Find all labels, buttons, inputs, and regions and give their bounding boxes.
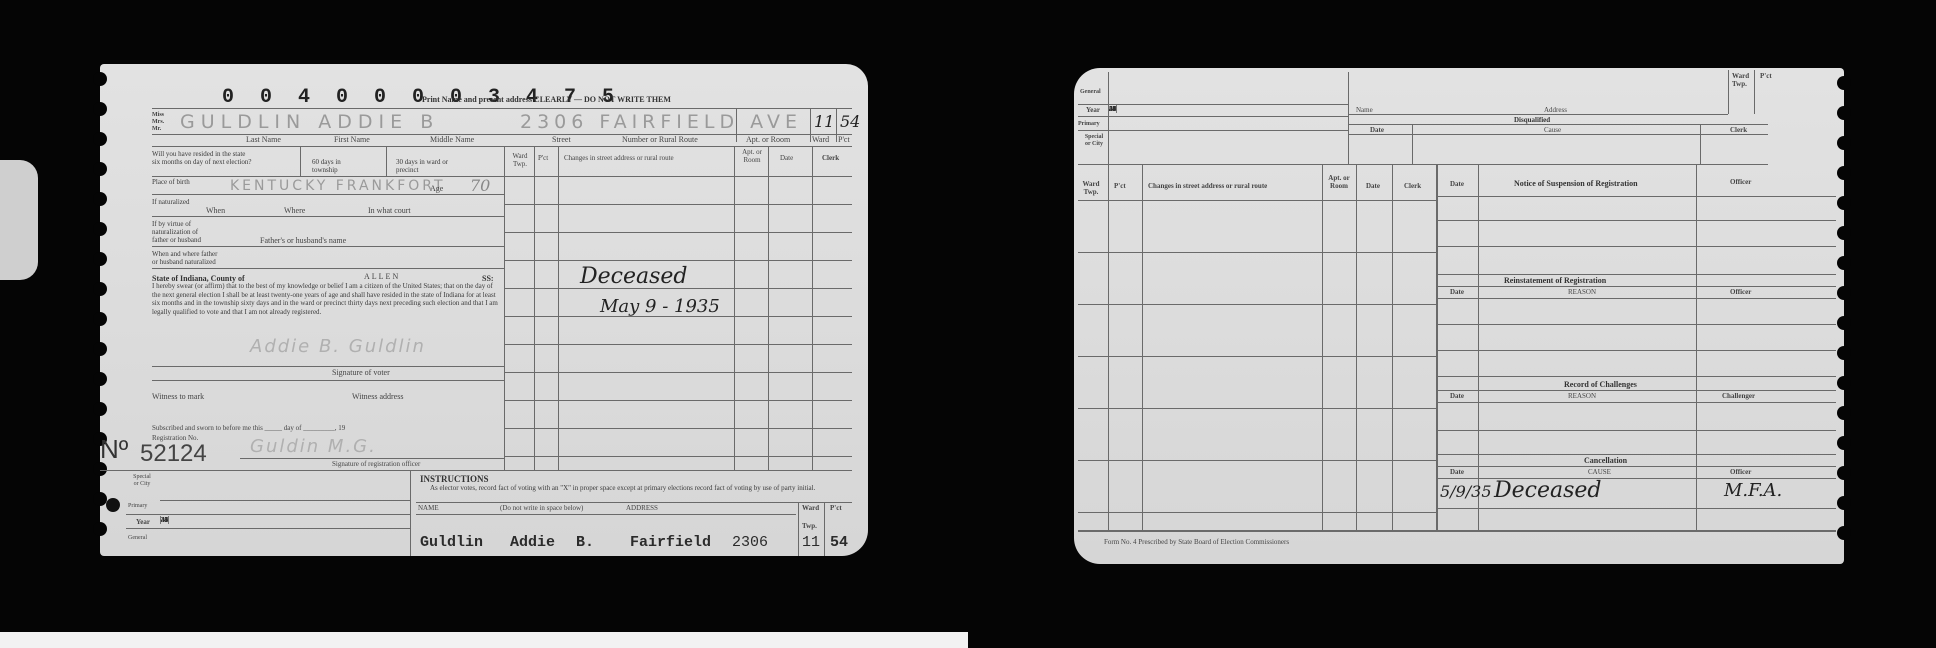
voter-signature: Addie B. Guldlin bbox=[250, 336, 426, 357]
header-instruction: Print Name and present address CLEARLY —… bbox=[422, 95, 671, 104]
reinstatement-date: Date bbox=[1450, 288, 1464, 297]
label-signature-officer: Signature of registration officer bbox=[332, 460, 420, 469]
r-label-ward-twp: Ward Twp. bbox=[1732, 72, 1754, 88]
typed-middle-initial: B. bbox=[576, 534, 594, 551]
left-col-pct: P'ct bbox=[538, 154, 548, 163]
label-when-where-father: When and where father or husband natural… bbox=[152, 250, 222, 266]
grid-label-year: Year bbox=[136, 518, 150, 527]
oath-text: I hereby swear (or affirm) that to the b… bbox=[152, 282, 500, 316]
r-col-ward-twp: Ward Twp. bbox=[1076, 180, 1106, 196]
reinstatement-officer: Officer bbox=[1730, 288, 1751, 297]
cancellation-cause-label: CAUSE bbox=[1588, 468, 1611, 477]
grid-label-special: Special or City bbox=[130, 474, 154, 488]
birth-place-value: KENTUCKY FRANKFORT bbox=[230, 178, 446, 194]
label-street: Street bbox=[552, 135, 571, 144]
form-footer: Form No. 4 Prescribed by State Board of … bbox=[1104, 538, 1289, 547]
label-witness-address: Witness address bbox=[352, 392, 403, 401]
label-twp-bottom: Twp. bbox=[802, 522, 817, 531]
number-mark: Nº bbox=[100, 434, 128, 465]
r-col-clerk: Clerk bbox=[1404, 182, 1421, 191]
label-last-name: Last Name bbox=[246, 135, 281, 144]
r-col-date: Date bbox=[1366, 182, 1380, 191]
label-first-name: First Name bbox=[334, 135, 370, 144]
film-edge-strip bbox=[0, 632, 968, 648]
cancellation-officer-value: M.F.A. bbox=[1724, 480, 1782, 501]
left-col-clerk: Clerk bbox=[822, 154, 839, 163]
right-year-row: 47 48 49 50 51 52 53 54 55 56 57 58 59 bbox=[1108, 105, 1348, 116]
typed-street: Fairfield bbox=[630, 534, 711, 551]
challenges-reason: REASON bbox=[1568, 392, 1596, 401]
cancellation-date-value: 5/9/35 bbox=[1440, 482, 1492, 501]
challenges-title: Record of Challenges bbox=[1564, 380, 1637, 389]
label-by-virtue: If by virtue of naturalization of father… bbox=[152, 220, 212, 244]
r-label-disqualified: Disqualified bbox=[1514, 116, 1550, 124]
r-col-apt: Apt. or Room bbox=[1324, 174, 1354, 190]
challenges-challenger: Challenger bbox=[1722, 392, 1755, 401]
label-ward-bottom: Ward bbox=[802, 504, 819, 513]
reinstatement-title: Reinstatement of Registration bbox=[1504, 276, 1606, 285]
grid-label-general: General bbox=[128, 534, 147, 543]
cancellation-date-label: Date bbox=[1450, 468, 1464, 477]
question-state-residence: Will you have resided in the state six m… bbox=[152, 150, 252, 166]
label-witness-mark: Witness to mark bbox=[152, 392, 204, 401]
label-pct: P'ct bbox=[838, 135, 850, 144]
label-naturalized: If naturalized bbox=[152, 198, 212, 206]
instructions-title: INSTRUCTIONS bbox=[420, 474, 489, 484]
label-do-not-write: (Do not write in space below) bbox=[500, 504, 583, 513]
left-year-row: 34 35 36 37 38 39 40 41 42 43 44 45 46 bbox=[160, 516, 410, 528]
cancellation-title: Cancellation bbox=[1584, 456, 1627, 465]
label-court: In what court bbox=[368, 206, 411, 215]
label-age: Age bbox=[430, 184, 443, 193]
punch-hole bbox=[106, 498, 120, 512]
typed-last-name: Guldlin bbox=[420, 534, 483, 551]
handwritten-name: GULDLIN ADDIE B bbox=[180, 111, 439, 133]
label-name: NAME bbox=[418, 504, 439, 513]
label-ward: Ward bbox=[812, 135, 829, 144]
deceased-date-note: May 9 - 1935 bbox=[600, 296, 720, 317]
suspension-date: Date bbox=[1450, 180, 1464, 189]
r-grid-special: Special or City bbox=[1082, 134, 1106, 148]
label-apt: Apt. or Room bbox=[746, 135, 790, 144]
label-pct-bottom: P'ct bbox=[830, 504, 842, 513]
reinstatement-reason: REASON bbox=[1568, 288, 1596, 297]
title-prefixes: Miss Mrs. Mr. bbox=[152, 112, 164, 133]
age-value: 70 bbox=[470, 176, 490, 195]
cancellation-officer-label: Officer bbox=[1730, 468, 1751, 477]
r-grid-general: General bbox=[1080, 88, 1101, 97]
film-edge-fragment bbox=[0, 160, 38, 280]
typed-number: 2306 bbox=[732, 534, 768, 551]
suspension-officer: Officer bbox=[1730, 178, 1751, 187]
r-grid-year: Year bbox=[1086, 106, 1100, 115]
left-registration-card: 0 0 4 0 0 0 0 3 4 7 5 Print Name and pre… bbox=[100, 64, 868, 556]
label-subscribed: Subscribed and sworn to before me this _… bbox=[152, 424, 345, 433]
officer-signature: Guldin M.G. bbox=[250, 436, 377, 457]
handwritten-pct: 54 bbox=[840, 112, 860, 131]
question-township: 60 days in township bbox=[312, 158, 362, 174]
typed-ward: 11 bbox=[802, 534, 820, 551]
label-middle-name: Middle Name bbox=[430, 135, 474, 144]
grid-label-primary: Primary bbox=[128, 502, 147, 511]
label-number: Number or Rural Route bbox=[622, 135, 698, 144]
label-signature-voter: Signature of voter bbox=[332, 368, 390, 377]
registration-number: 52124 bbox=[140, 440, 207, 468]
r-label-pct: P'ct bbox=[1760, 72, 1772, 81]
cancellation-cause-value: Deceased bbox=[1494, 478, 1602, 503]
suspension-title: Notice of Suspension of Registration bbox=[1514, 179, 1638, 188]
instructions-text: As elector votes, record fact of voting … bbox=[430, 484, 830, 492]
label-father-name: Father's or husband's name bbox=[260, 236, 346, 245]
challenges-date: Date bbox=[1450, 392, 1464, 401]
label-address: ADDRESS bbox=[626, 504, 658, 513]
oath-county: ALLEN bbox=[364, 272, 400, 281]
label-where: Where bbox=[284, 206, 305, 215]
typed-first-name: Addie bbox=[510, 534, 555, 551]
handwritten-ward: 11 bbox=[814, 112, 834, 131]
label-birth-place: Place of birth bbox=[152, 178, 192, 186]
r-col-changes: Changes in street address or rural route bbox=[1148, 182, 1267, 191]
question-ward: 30 days in ward or precinct bbox=[396, 158, 456, 174]
r-grid-primary: Primary bbox=[1078, 120, 1100, 129]
left-col-changes: Changes in street address or rural route bbox=[564, 154, 674, 163]
label-when: When bbox=[206, 206, 225, 215]
left-col-date: Date bbox=[780, 154, 793, 163]
left-col-apt: Apt. or Room bbox=[737, 148, 767, 164]
right-registration-card: General Year Primary Special or City 47 … bbox=[1074, 68, 1844, 564]
left-col-ward-twp: Ward Twp. bbox=[508, 152, 532, 168]
deceased-note: Deceased bbox=[580, 264, 688, 289]
handwritten-address: 2306 FAIRFIELD AVE bbox=[520, 111, 802, 133]
typed-pct: 54 bbox=[830, 534, 848, 551]
r-col-pct: P'ct bbox=[1114, 182, 1126, 191]
